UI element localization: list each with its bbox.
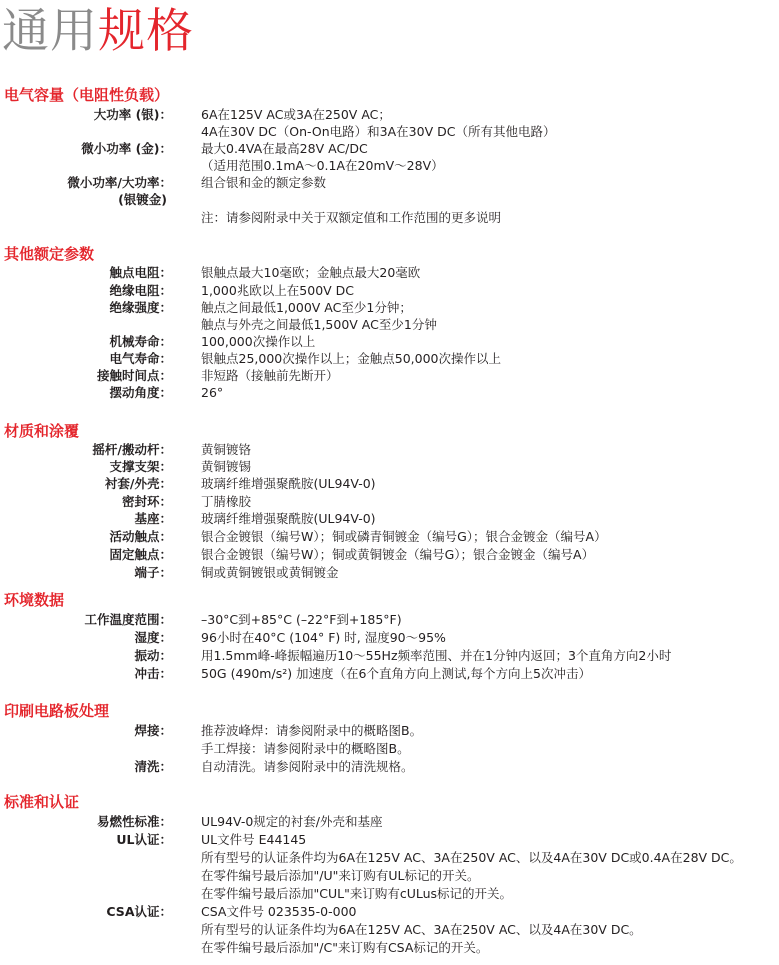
spec-row: 冲击：50G (490m/s²) 加速度（在6个直角方向上测试,每个方向上5次冲… [0,665,779,683]
spec-value: 组合银和金的额定参数 [201,174,326,192]
spec-row: 衬套/外壳：玻璃纤维增强聚酰胺(UL94V-0) [0,475,779,493]
spec-value: 用1.5mm峰-峰振幅遍历10～55Hz频率范围、并在1分钟内返回；3个直角方向… [201,647,671,665]
spec-value: 丁腈橡胶 [201,493,251,511]
spec-label: 支撑支架： [109,458,172,476]
spec-value: 玻璃纤维增强聚酰胺(UL94V-0) [201,510,376,528]
spec-value: 银触点最大10毫欧；金触点最大20毫欧 [201,264,420,282]
spec-row: 振动：用1.5mm峰-峰振幅遍历10～55Hz频率范围、并在1分钟内返回；3个直… [0,647,779,665]
spec-label: 清洗： [134,758,172,776]
page-title-part2: 规格 [98,4,194,59]
spec-value: UL文件号 E44145 [201,831,306,849]
spec-row: UL认证：UL文件号 E44145 [0,831,779,849]
spec-row: 大功率 (银)：6A在125V AC或3A在250V AC； [0,106,779,124]
spec-value: 在零件编号最后添加"/C"来订购有CSA标记的开关。 [201,939,488,957]
spec-label: 电气寿命： [109,350,172,368]
spec-row: 支撑支架：黄铜镀锡 [0,458,779,476]
spec-label: 微小功率 (金)： [81,140,172,158]
spec-row: 焊接：推荐波峰焊：请参阅附录中的概略图B。 [0,722,779,740]
spec-label: 绝缘电阻： [109,282,172,300]
spec-label: 焊接： [134,722,172,740]
section-title: 环境数据 [4,591,64,609]
spec-row: 所有型号的认证条件均为6A在125V AC、3A在250V AC、以及4A在30… [0,849,779,867]
spec-value: 最大0.4VA在最高28V AC/DC [201,140,368,158]
spec-value: 银触点25,000次操作以上；金触点50,000次操作以上 [201,350,501,368]
spec-row: CSA认证：CSA文件号 023535-0-000 [0,903,779,921]
spec-label: 机械寿命： [109,333,172,351]
spec-row: 密封环：丁腈橡胶 [0,493,779,511]
spec-row: 手工焊接：请参阅附录中的概略图B。 [0,740,779,758]
section-title: 标准和认证 [4,793,79,811]
spec-row: 微小功率 (金)：最大0.4VA在最高28V AC/DC [0,140,779,158]
spec-row: 活动触点：银合金镀银（编号W）；铜或磷青铜镀金（编号G）；银合金镀金（编号A） [0,528,779,546]
spec-label: 湿度： [134,629,172,647]
spec-value: 推荐波峰焊：请参阅附录中的概略图B。 [201,722,422,740]
spec-row: 接触时间点：非短路（接触前先断开） [0,367,779,385]
spec-value: UL94V-0规定的衬套/外壳和基座 [201,813,383,831]
spec-row: 在零件编号最后添加"CUL"来订购有cULus标记的开关。 [0,885,779,903]
spec-value: 6A在125V AC或3A在250V AC； [201,106,391,124]
spec-value: CSA文件号 023535-0-000 [201,903,356,921]
spec-row: 在零件编号最后添加"/U"来订购有UL标记的开关。 [0,867,779,885]
spec-row: 电气寿命：银触点25,000次操作以上；金触点50,000次操作以上 [0,350,779,368]
spec-row: 工作温度范围：–30°C到+85°C (–22°F到+185°F) [0,611,779,629]
spec-row: 绝缘强度：触点之间最低1,000V AC至少1分钟； [0,299,779,317]
spec-value: 100,000次操作以上 [201,333,315,351]
spec-value: （适用范围0.1mA～0.1A在20mV～28V） [201,157,444,175]
spec-value: 50G (490m/s²) 加速度（在6个直角方向上测试,每个方向上5次冲击） [201,665,591,683]
spec-label: CSA认证： [106,903,172,921]
section-pcb-processing: 印刷电路板处理 焊接：推荐波峰焊：请参阅附录中的概略图B。 手工焊接：请参阅附录… [0,702,779,777]
spec-label: 密封环： [122,493,172,511]
spec-row: 4A在30V DC（On-On电路）和3A在30V DC（所有其他电路） [0,123,779,141]
spec-row: 端子：铜或黄铜镀银或黄铜镀金 [0,564,779,582]
spec-label: 绝缘强度： [109,299,172,317]
spec-value: 触点与外壳之间最低1,500V AC至少1分钟 [201,316,437,334]
spec-label: 触点电阻： [109,264,172,282]
spec-row: 摆动角度：26° [0,384,779,402]
spec-row: 清洗：自动清洗。请参阅附录中的清洗规格。 [0,758,779,776]
spec-value: 在零件编号最后添加"CUL"来订购有cULus标记的开关。 [201,885,512,903]
spec-value: 自动清洗。请参阅附录中的清洗规格。 [201,758,414,776]
spec-label: 端子： [134,564,172,582]
spec-value: –30°C到+85°C (–22°F到+185°F) [201,611,402,629]
spec-row: （适用范围0.1mA～0.1A在20mV～28V） [0,157,779,175]
spec-note: 注：请参阅附录中关于双额定值和工作范围的更多说明 [0,209,779,227]
spec-row: 易燃性标准：UL94V-0规定的衬套/外壳和基座 [0,813,779,831]
spec-value: 触点之间最低1,000V AC至少1分钟； [201,299,412,317]
spec-label: 接触时间点： [97,367,172,385]
section-title: 电气容量（电阻性负载） [4,86,169,104]
spec-row: 所有型号的认证条件均为6A在125V AC、3A在250V AC、以及4A在30… [0,921,779,939]
spec-row: 摇杆/搬动杆：黄铜镀铬 [0,441,779,459]
spec-label: 摇杆/搬动杆： [92,441,172,459]
page-title-part1: 通用 [2,4,98,59]
spec-label: UL认证： [116,831,172,849]
spec-row: 触点电阻：银触点最大10毫欧；金触点最大20毫欧 [0,264,779,282]
spec-row: 微小功率/大功率：组合银和金的额定参数 [0,174,779,192]
spec-label: 摆动角度： [109,384,172,402]
section-other-ratings: 其他额定参数 触点电阻：银触点最大10毫欧；金触点最大20毫欧 绝缘电阻：1,0… [0,245,779,410]
spec-value: 4A在30V DC（On-On电路）和3A在30V DC（所有其他电路） [201,123,555,141]
spec-value: 1,000兆欧以上在500V DC [201,282,354,300]
spec-row: 湿度：96小时在40°C (104° F) 时, 湿度90～95% [0,629,779,647]
spec-label: 振动： [134,647,172,665]
page-title: 通用规格 [2,4,194,60]
spec-label: 冲击： [134,665,172,683]
spec-value: 非短路（接触前先断开） [201,367,339,385]
spec-value: 银合金镀银（编号W）；铜或黄铜镀金（编号G）；银合金镀金（编号A） [201,546,594,564]
spec-value: 铜或黄铜镀银或黄铜镀金 [201,564,339,582]
spec-row: (银镀金) [0,191,779,209]
spec-label: 工作温度范围： [84,611,172,629]
section-environmental: 环境数据 工作温度范围：–30°C到+85°C (–22°F到+185°F) 湿… [0,591,779,686]
section-materials: 材质和涂覆 摇杆/搬动杆：黄铜镀铬 支撑支架：黄铜镀锡 衬套/外壳：玻璃纤维增强… [0,422,779,587]
section-title: 印刷电路板处理 [4,702,109,720]
spec-value: 26° [201,384,223,402]
section-standards: 标准和认证 易燃性标准：UL94V-0规定的衬套/外壳和基座 UL认证：UL文件… [0,793,779,963]
spec-value: 所有型号的认证条件均为6A在125V AC、3A在250V AC、以及4A在30… [201,921,642,939]
spec-value: 所有型号的认证条件均为6A在125V AC、3A在250V AC、以及4A在30… [201,849,742,867]
spec-value: 玻璃纤维增强聚酰胺(UL94V-0) [201,475,376,493]
spec-label: 基座： [134,510,172,528]
spec-label: (银镀金) [118,191,167,209]
spec-row: 绝缘电阻：1,000兆欧以上在500V DC [0,282,779,300]
spec-value: 在零件编号最后添加"/U"来订购有UL标记的开关。 [201,867,479,885]
spec-label: 固定触点： [109,546,172,564]
spec-value: 银合金镀银（编号W）；铜或磷青铜镀金（编号G）；银合金镀金（编号A） [201,528,607,546]
spec-row: 在零件编号最后添加"/C"来订购有CSA标记的开关。 [0,939,779,957]
spec-row: 机械寿命：100,000次操作以上 [0,333,779,351]
spec-value: 黄铜镀锡 [201,458,251,476]
section-title: 材质和涂覆 [4,422,79,440]
spec-label: 易燃性标准： [97,813,172,831]
spec-row: 固定触点：银合金镀银（编号W）；铜或黄铜镀金（编号G）；银合金镀金（编号A） [0,546,779,564]
spec-value: 黄铜镀铬 [201,441,251,459]
spec-label: 微小功率/大功率： [67,174,172,192]
section-electrical: 电气容量（电阻性负载） 大功率 (银)：6A在125V AC或3A在250V A… [0,86,779,231]
spec-label: 衬套/外壳： [105,475,172,493]
spec-row: 触点与外壳之间最低1,500V AC至少1分钟 [0,316,779,334]
spec-label: 大功率 (银)： [94,106,172,124]
spec-value: 手工焊接：请参阅附录中的概略图B。 [201,740,410,758]
spec-value: 注：请参阅附录中关于双额定值和工作范围的更多说明 [201,209,501,227]
section-title: 其他额定参数 [4,245,94,263]
spec-value: 96小时在40°C (104° F) 时, 湿度90～95% [201,629,446,647]
spec-row: 基座：玻璃纤维增强聚酰胺(UL94V-0) [0,510,779,528]
spec-label: 活动触点： [109,528,172,546]
